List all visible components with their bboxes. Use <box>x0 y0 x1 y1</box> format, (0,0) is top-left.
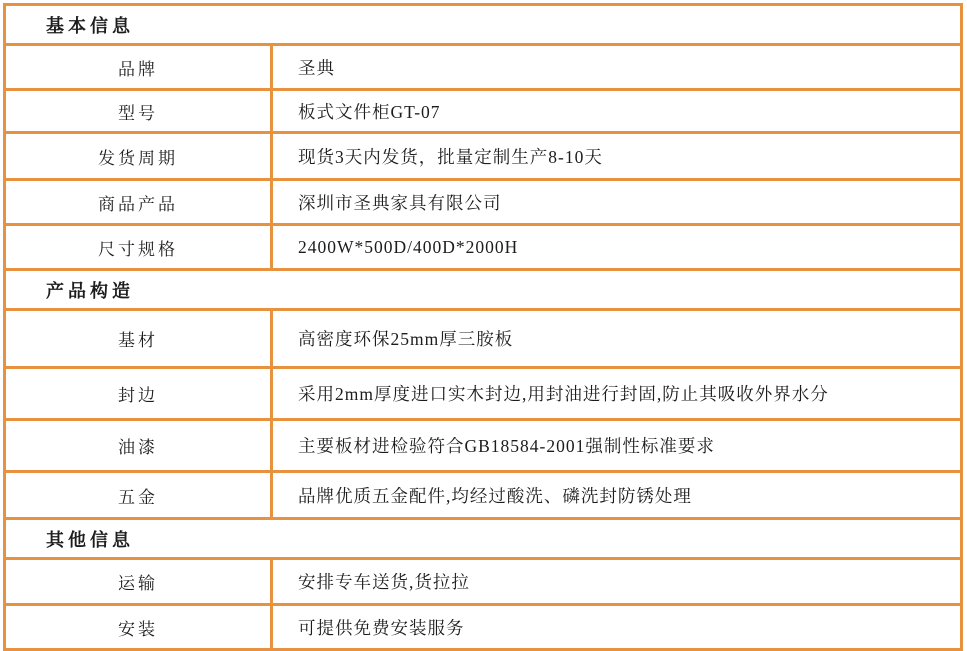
row-value: 采用2mm厚度进口实木封边,用封油进行封固,防止其吸收外界水分 <box>273 369 960 418</box>
row-value: 现货3天内发货，批量定制生产8-10天 <box>273 134 960 178</box>
row-label: 封边 <box>6 369 273 418</box>
row-value: 2400W*500D/400D*2000H <box>273 226 960 268</box>
row-label: 基材 <box>6 311 273 366</box>
row-label: 运输 <box>6 560 273 603</box>
table-row: 型号 板式文件柜GT-07 <box>6 91 960 134</box>
row-label: 安装 <box>6 606 273 648</box>
row-value: 高密度环保25mm厚三胺板 <box>273 311 960 366</box>
table-row: 油漆 主要板材进检验符合GB18584-2001强制性标准要求 <box>6 421 960 473</box>
table-row: 安装 可提供免费安装服务 <box>6 606 960 648</box>
row-value: 可提供免费安装服务 <box>273 606 960 648</box>
row-label: 品牌 <box>6 46 273 88</box>
table-row: 品牌 圣典 <box>6 46 960 91</box>
section-header-construction: 产品构造 <box>6 271 960 311</box>
row-value: 品牌优质五金配件,均经过酸洗、磷洗封防锈处理 <box>273 473 960 517</box>
row-value: 安排专车送货,货拉拉 <box>273 560 960 603</box>
section-header-other-info: 其他信息 <box>6 520 960 560</box>
row-label: 尺寸规格 <box>6 226 273 268</box>
section-header-basic-info: 基本信息 <box>6 6 960 46</box>
table-row: 尺寸规格 2400W*500D/400D*2000H <box>6 226 960 271</box>
row-label: 型号 <box>6 91 273 131</box>
section-title: 基本信息 <box>46 12 134 38</box>
section-title: 其他信息 <box>46 526 134 552</box>
table-row: 封边 采用2mm厚度进口实木封边,用封油进行封固,防止其吸收外界水分 <box>6 369 960 421</box>
table-row: 商品产品 深圳市圣典家具有限公司 <box>6 181 960 226</box>
row-value: 深圳市圣典家具有限公司 <box>273 181 960 223</box>
row-label: 五金 <box>6 473 273 517</box>
row-value: 板式文件柜GT-07 <box>273 91 960 131</box>
table-row: 发货周期 现货3天内发货，批量定制生产8-10天 <box>6 134 960 181</box>
table-row: 运输 安排专车送货,货拉拉 <box>6 560 960 606</box>
row-value: 圣典 <box>273 46 960 88</box>
row-label: 发货周期 <box>6 134 273 178</box>
row-value: 主要板材进检验符合GB18584-2001强制性标准要求 <box>273 421 960 470</box>
table-row: 五金 品牌优质五金配件,均经过酸洗、磷洗封防锈处理 <box>6 473 960 520</box>
section-title: 产品构造 <box>46 277 134 303</box>
product-spec-table: 基本信息 品牌 圣典 型号 板式文件柜GT-07 发货周期 现货3天内发货，批量… <box>3 3 963 651</box>
row-label: 商品产品 <box>6 181 273 223</box>
row-label: 油漆 <box>6 421 273 470</box>
table-row: 基材 高密度环保25mm厚三胺板 <box>6 311 960 369</box>
